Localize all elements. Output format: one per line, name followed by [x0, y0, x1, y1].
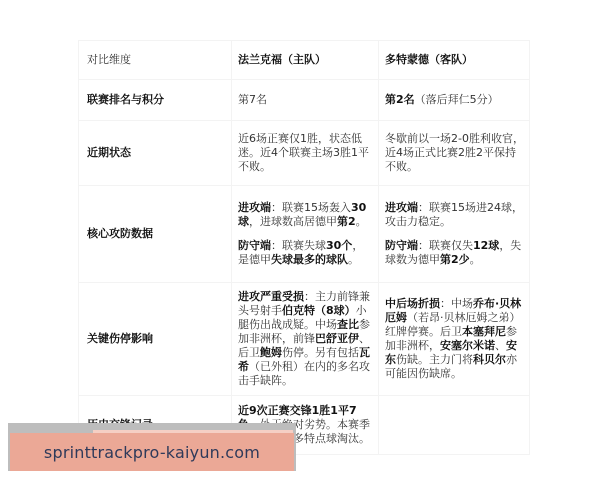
home-rank: 第7名	[238, 93, 267, 106]
table-row-injuries: 关键伤停影响 进攻严重受损：主力前锋兼头号射手伯克特（8球）小腿伤出战成疑。中场…	[79, 283, 530, 396]
away-attack: 进攻端：联赛15场进24球，攻击力稳定。	[385, 201, 525, 229]
row-label: 关键伤停影响	[79, 283, 232, 396]
header-away-team: 多特蒙德（客队）	[379, 41, 530, 80]
away-rank-note: （落后拜仁5分）	[415, 93, 499, 106]
away-cell: 进攻端：联赛15场进24球，攻击力稳定。 防守端：联赛仅失12球，失球数为德甲第…	[379, 186, 530, 283]
home-cell: 第7名	[232, 80, 379, 121]
table-row-form: 近期状态 近6场正赛仅1胜，状态低迷。近4个联赛主场3胜1平不败。 冬歇前以一场…	[79, 121, 530, 186]
home-cell: 进攻严重受损：主力前锋兼头号射手伯克特（8球）小腿伤出战成疑。中场查比参加非洲杯…	[232, 283, 379, 396]
home-cell: 近6场正赛仅1胜，状态低迷。近4个联赛主场3胜1平不败。	[232, 121, 379, 186]
table-header-row: 对比维度 法兰克福（主队） 多特蒙德（客队）	[79, 41, 530, 80]
watermark-banner: sprinttrackpro-kaiyun.com	[10, 433, 294, 471]
away-cell: 冬歇前以一场2-0胜利收官，近4场正式比赛2胜2平保持不败。	[379, 121, 530, 186]
away-rank: 第2名	[385, 93, 415, 106]
row-label: 联赛排名与积分	[79, 80, 232, 121]
home-defense: 防守端：联赛失球30个，是德甲失球最多的球队。	[238, 239, 374, 267]
comparison-table: 对比维度 法兰克福（主队） 多特蒙德（客队） 联赛排名与积分 第7名 第2名（落…	[78, 40, 530, 455]
away-cell: 中后场折损：中场乔布·贝林厄姆（若昂·贝林厄姆之弟）红牌停赛。后卫本塞拜尼参加非…	[379, 283, 530, 396]
row-label: 近期状态	[79, 121, 232, 186]
table-row-ranking: 联赛排名与积分 第7名 第2名（落后拜仁5分）	[79, 80, 530, 121]
header-dimension: 对比维度	[79, 41, 232, 80]
comparison-table-container: 对比维度 法兰克福（主队） 多特蒙德（客队） 联赛排名与积分 第7名 第2名（落…	[78, 40, 520, 455]
header-home-team: 法兰克福（主队）	[232, 41, 379, 80]
home-attack: 进攻端：联赛15场轰入30球，进球数高居德甲第2。	[238, 201, 374, 229]
home-cell: 进攻端：联赛15场轰入30球，进球数高居德甲第2。 防守端：联赛失球30个，是德…	[232, 186, 379, 283]
row-label: 核心攻防数据	[79, 186, 232, 283]
away-cell	[379, 396, 530, 455]
table-row-stats: 核心攻防数据 进攻端：联赛15场轰入30球，进球数高居德甲第2。 防守端：联赛失…	[79, 186, 530, 283]
away-cell: 第2名（落后拜仁5分）	[379, 80, 530, 121]
watermark-text: sprinttrackpro-kaiyun.com	[44, 443, 260, 462]
away-defense: 防守端：联赛仅失12球，失球数为德甲第2少。	[385, 239, 525, 267]
